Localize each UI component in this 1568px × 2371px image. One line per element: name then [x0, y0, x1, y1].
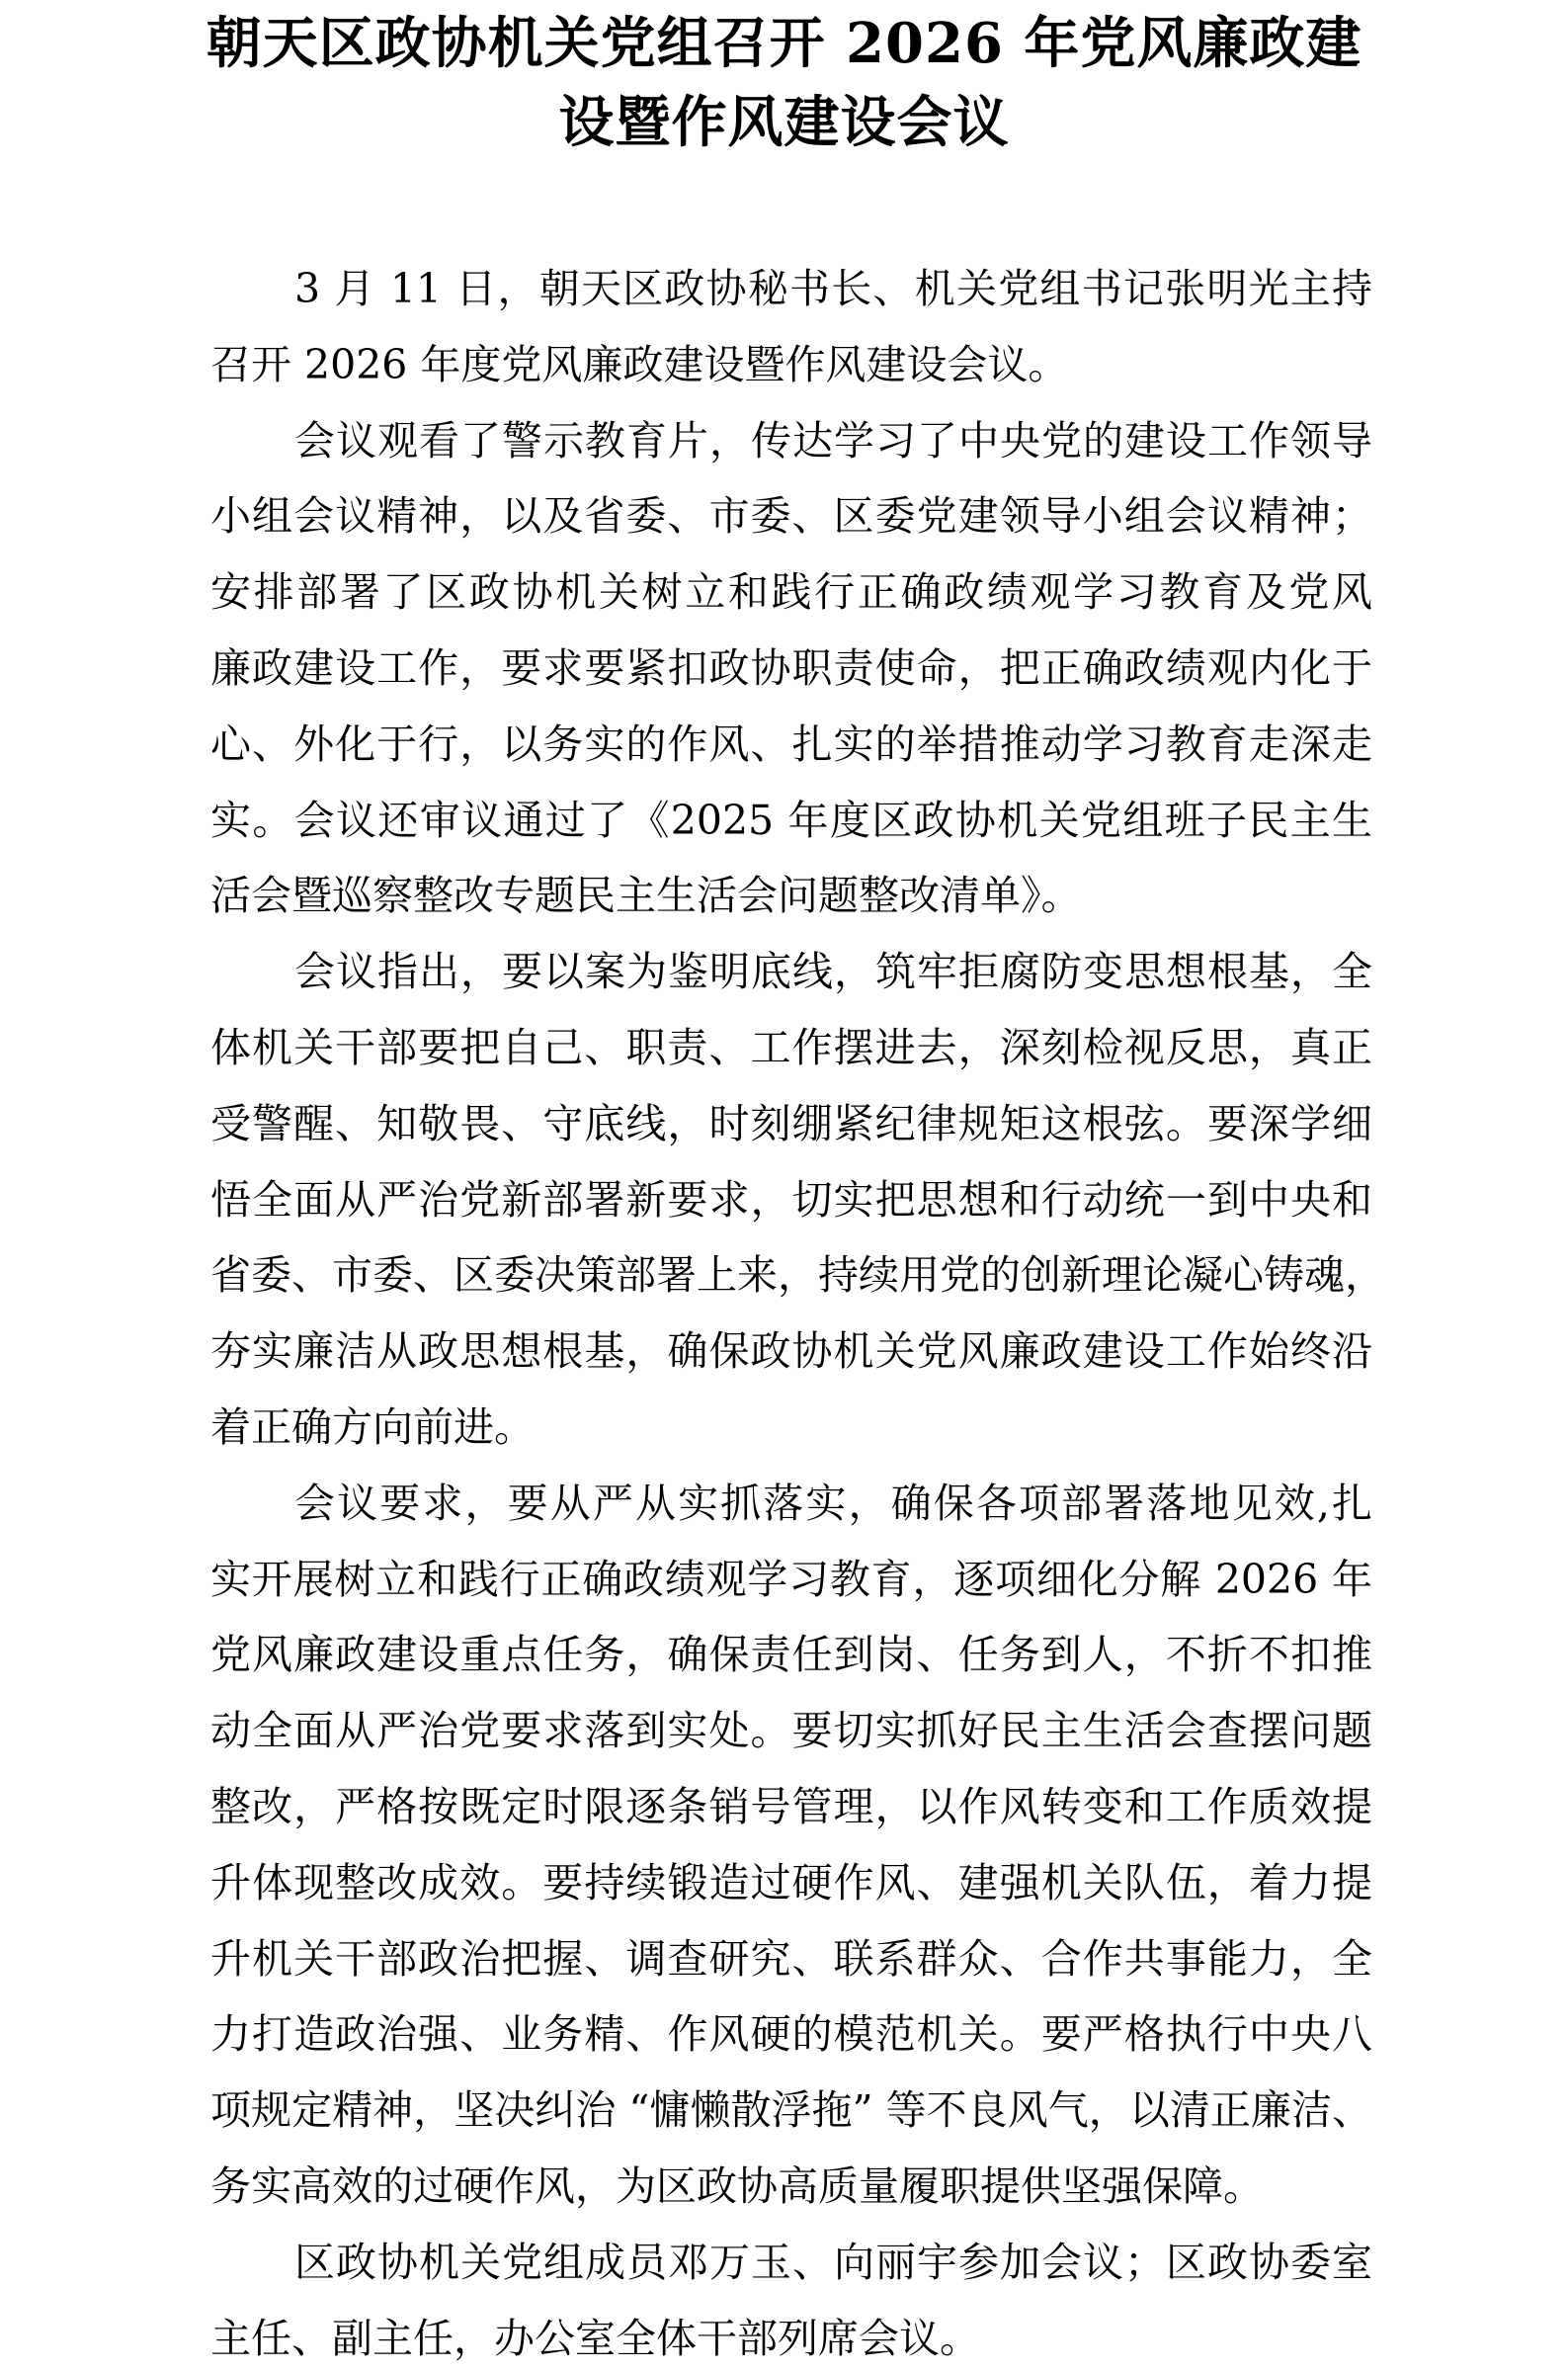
paragraph-attendees: 区政协机关党组成员邓万玉、向丽宇参加会议；区政协委室 主任、副主任，办公室全体干… — [210, 2225, 1372, 2371]
text-line: 实开展树立和践行正确政绩观学习教育，逐项细化分解 2026 年 — [210, 1542, 1372, 1618]
text-line: 动全面从严治党要求落到实处。要切实抓好民主生活会查摆问题 — [210, 1693, 1372, 1769]
text-line: 力打造政治强、业务精、作风硬的模范机关。要严格执行中央八 — [210, 1996, 1372, 2073]
text-line: 省委、市委、区委决策部署上来，持续用党的创新理论凝心铸魂， — [210, 1237, 1372, 1313]
text-line: 主任、副主任，办公室全体干部列席会议。 — [210, 2301, 1372, 2371]
text-line: 廉政建设工作，要求要紧扣政协职责使命，把正确政绩观内化于 — [210, 631, 1372, 707]
article-title-line-1: 朝天区政协机关党组召开 2026 年党风廉政建 — [0, 4, 1568, 83]
text-line: 会议要求，要从严从实抓落实，确保各项部署落地见效,扎 — [210, 1466, 1372, 1542]
text-line: 会议观看了警示教育片，传达学习了中央党的建设工作领导 — [210, 403, 1372, 479]
paragraph-meeting-content: 会议观看了警示教育片，传达学习了中央党的建设工作领导 小组会议精神，以及省委、市… — [210, 403, 1372, 935]
text-line: 活会暨巡察整改专题民主生活会问题整改清单》。 — [210, 858, 1372, 934]
text-line: 会议指出，要以案为鉴明底线，筑牢拒腐防变思想根基，全 — [210, 934, 1372, 1010]
text-line: 小组会议精神，以及省委、市委、区委党建领导小组会议精神； — [210, 478, 1372, 554]
text-line: 召开 2026 年度党风廉政建设暨作风建设会议。 — [210, 327, 1372, 403]
text-line: 区政协机关党组成员邓万玉、向丽宇参加会议；区政协委室 — [210, 2225, 1372, 2301]
text-line: 升机关干部政治把握、调查研究、联系群众、合作共事能力，全 — [210, 1921, 1372, 1997]
article-title-line-2: 设暨作风建设会议 — [0, 83, 1568, 162]
text-line: 实。会议还审议通过了《2025 年度区政协机关党组班子民主生 — [210, 783, 1372, 859]
text-line: 安排部署了区政协机关树立和践行正确政绩观学习教育及党风 — [210, 554, 1372, 631]
article-body: 3 月 11 日，朝天区政协秘书长、机关党组书记张明光主持 召开 2026 年度… — [210, 251, 1372, 2371]
text-line: 项规定精神，坚决纠治 “慵懒散浮拖” 等不良风气，以清正廉洁、 — [210, 2073, 1372, 2149]
paragraph-meeting-requirements: 会议要求，要从严从实抓落实，确保各项部署落地见效,扎 实开展树立和践行正确政绩观… — [210, 1466, 1372, 2225]
text-line: 心、外化于行，以务实的作风、扎实的举措推动学习教育走深走 — [210, 707, 1372, 783]
text-line: 夯实廉洁从政思想根基，确保政协机关党风廉政建设工作始终沿 — [210, 1313, 1372, 1390]
text-line: 3 月 11 日，朝天区政协秘书长、机关党组书记张明光主持 — [210, 251, 1372, 327]
text-line: 整改，严格按既定时限逐条销号管理，以作风转变和工作质效提 — [210, 1769, 1372, 1845]
article-title: 朝天区政协机关党组召开 2026 年党风廉政建 设暨作风建设会议 — [0, 4, 1568, 162]
text-line: 悟全面从严治党新部署新要求，切实把思想和行动统一到中央和 — [210, 1162, 1372, 1238]
text-line: 党风廉政建设重点任务，确保责任到岗、任务到人，不折不扣推 — [210, 1617, 1372, 1693]
paragraph-meeting-points: 会议指出，要以案为鉴明底线，筑牢拒腐防变思想根基，全 体机关干部要把自己、职责、… — [210, 934, 1372, 1466]
text-line: 受警醒、知敬畏、守底线，时刻绷紧纪律规矩这根弦。要深学细 — [210, 1086, 1372, 1162]
text-line: 着正确方向前进。 — [210, 1390, 1372, 1466]
text-line: 体机关干部要把自己、职责、工作摆进去，深刻检视反思，真正 — [210, 1010, 1372, 1086]
text-line: 升体现整改成效。要持续锻造过硬作风、建强机关队伍，着力提 — [210, 1845, 1372, 1921]
text-line: 务实高效的过硬作风，为区政协高质量履职提供坚强保障。 — [210, 2149, 1372, 2225]
paragraph-meeting-intro: 3 月 11 日，朝天区政协秘书长、机关党组书记张明光主持 召开 2026 年度… — [210, 251, 1372, 403]
